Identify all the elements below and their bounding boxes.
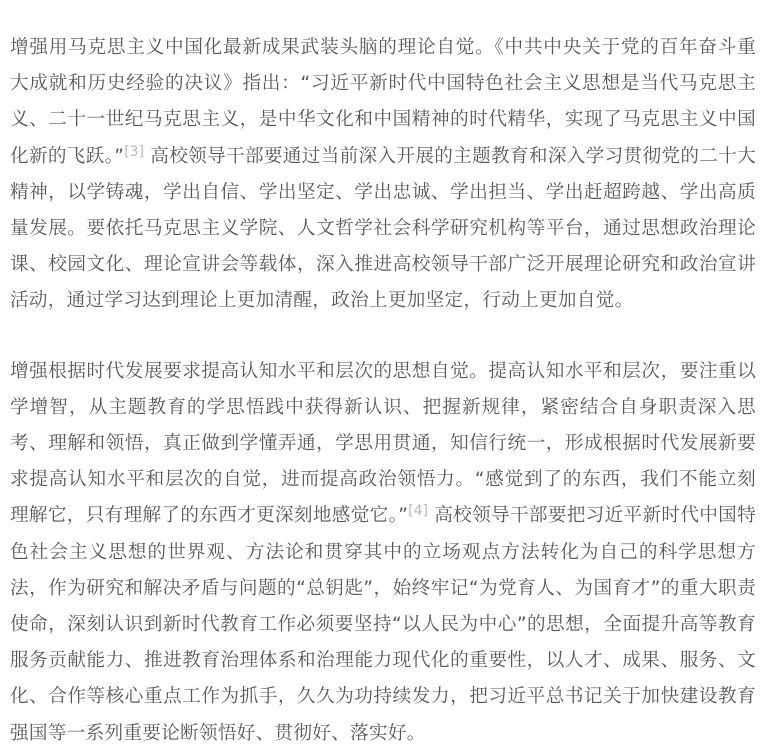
paragraph-theoretical-consciousness: 增强用马克思主义中国化最新成果武装头脑的理论自觉。《中共中央关于党的百年奋斗重大… — [10, 30, 756, 320]
footnote-ref-3[interactable]: [3] — [124, 144, 144, 160]
paragraph-text: 增强根据时代发展要求提高认知水平和层次的思想自觉。提高认知水平和层次，要注重以学… — [10, 361, 756, 527]
footnote-ref-4[interactable]: [4] — [408, 503, 428, 519]
paragraph-text: 高校领导干部要通过当前深入开展的主题教育和深入学习贯彻党的二十大精神，以学铸魂，… — [10, 146, 756, 312]
article-body: 增强用马克思主义中国化最新成果武装头脑的理论自觉。《中共中央关于党的百年奋斗重大… — [10, 30, 756, 752]
paragraph-cognitive-consciousness: 增强根据时代发展要求提高认知水平和层次的思想自觉。提高认知水平和层次，要注重以学… — [10, 354, 756, 752]
paragraph-text: 高校领导干部要把习近平新时代中国特色社会主义思想的世界观、方法论和贯穿其中的立场… — [10, 505, 756, 743]
